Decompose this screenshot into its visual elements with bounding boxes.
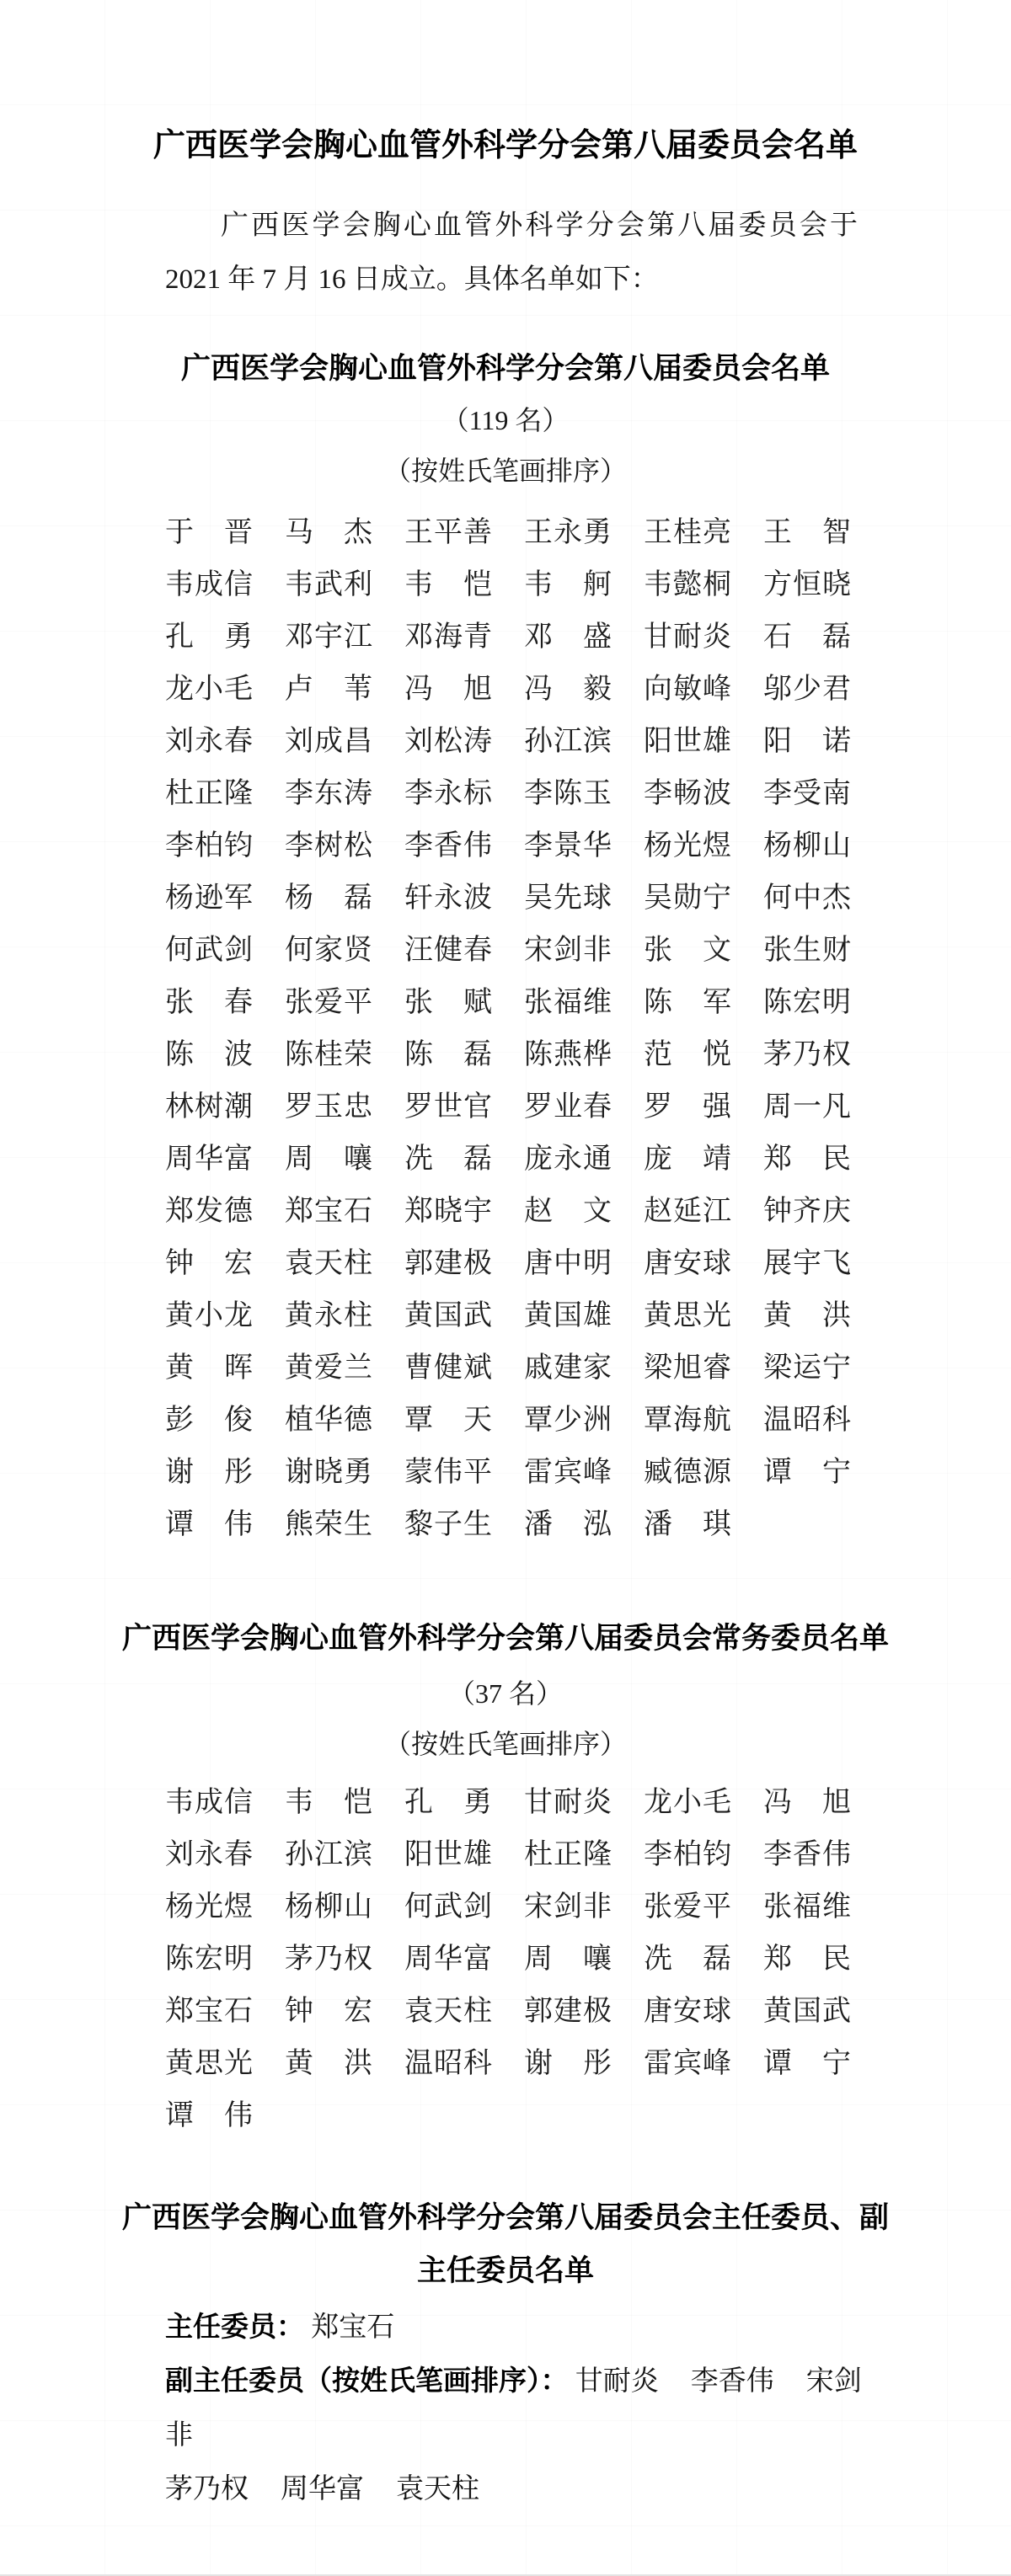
member-name: 张爱平 [285, 986, 372, 1020]
member-name: 马杰 [285, 516, 372, 550]
member-name: 李柏钧 [644, 1838, 731, 1872]
member-row: 孔勇邓宇江邓海青邓盛甘耐炎石磊 [165, 611, 853, 664]
member-name: 杜正隆 [165, 777, 253, 811]
member-name: 陈磊 [404, 1038, 492, 1072]
member-name: 范悦 [644, 1038, 731, 1072]
member-name: 陈燕桦 [524, 1038, 612, 1072]
member-name: 谭宁 [763, 2047, 851, 2081]
member-name: 杨磊 [285, 882, 372, 915]
member-name: 谢晓勇 [285, 1456, 372, 1490]
member-row: 黄晖黄爱兰曹健斌戚建家梁旭睿梁运宁 [165, 1342, 853, 1395]
member-name: 李香伟 [404, 829, 492, 863]
vice-chairmen-line-1: 副主任委员（按姓氏笔画排序）： 甘耐炎李香伟宋剑非 [165, 2355, 868, 2462]
member-row: 林树潮罗玉忠罗世官罗业春罗强周一凡 [165, 1081, 853, 1133]
member-name: 李陈玉 [524, 777, 612, 811]
member-name: 张赋 [404, 986, 492, 1020]
member-name: 郭建极 [404, 1247, 492, 1281]
member-name: 袁天柱 [285, 1247, 372, 1281]
member-name: 吴勋宁 [644, 882, 731, 915]
member-name: 孙江滨 [285, 1838, 372, 1872]
member-name: 黄国武 [763, 1995, 851, 2029]
member-name: 黄思光 [644, 1299, 731, 1333]
member-name: 杨柳山 [763, 829, 851, 863]
member-name: 孔勇 [404, 1786, 492, 1820]
member-row: 杨逊军杨磊轩永波吴先球吴勋宁何中杰 [165, 872, 853, 925]
member-name: 郑宝石 [285, 1195, 372, 1229]
member-name: 郑发德 [165, 1195, 253, 1229]
member-row: 郑宝石钟宏袁天柱郭建极唐安球黄国武 [165, 1986, 853, 2038]
vice-chairman-name: 李香伟 [691, 2366, 774, 2397]
member-name: 阳世雄 [404, 1838, 492, 1872]
member-name: 孙江滨 [524, 725, 612, 759]
member-name: 周嚷 [285, 1143, 372, 1176]
member-name: 刘永春 [165, 1838, 253, 1872]
member-name: 李永标 [404, 777, 492, 811]
member-name: 王平善 [404, 516, 492, 550]
member-name: 冯毅 [524, 673, 612, 707]
member-name: 赵文 [524, 1195, 612, 1229]
member-row: 韦成信韦武利韦恺韦舸韦懿桐方恒晓 [165, 559, 853, 611]
member-name: 张春 [165, 986, 253, 1020]
member-name: 郑晓宇 [404, 1195, 492, 1229]
member-row: 黄小龙黄永柱黄国武黄国雄黄思光黄洪 [165, 1290, 853, 1342]
member-name: 李柏钧 [165, 829, 253, 863]
member-name: 邓盛 [524, 621, 612, 654]
vice-chairmen-line-2: 茅乃权周华富袁天柱 [165, 2462, 868, 2516]
member-name: 唐中明 [524, 1247, 612, 1281]
member-row: 于晋马杰王平善王永勇王桂亮王智 [165, 507, 853, 559]
member-name: 钟宏 [285, 1995, 372, 2029]
member-name: 周华富 [404, 1943, 492, 1976]
member-name: 汪健春 [404, 934, 492, 968]
member-name: 陈宏明 [165, 1943, 253, 1976]
member-name: 韦恺 [285, 1786, 372, 1820]
member-name: 臧德源 [644, 1456, 731, 1490]
member-name: 何家贤 [285, 934, 372, 968]
member-name: 向敏峰 [644, 673, 731, 707]
member-name: 陈宏明 [763, 986, 851, 1020]
member-name: 黎子生 [404, 1508, 492, 1542]
section2-count-note: （37 名） [0, 1674, 1011, 1713]
member-name: 谢彤 [165, 1456, 253, 1490]
member-name: 方恒晓 [763, 568, 851, 602]
member-name: 彭俊 [165, 1404, 253, 1437]
member-name: 韦恺 [404, 568, 492, 602]
intro-paragraph: 广西医学会胸心血管外科学分会第八届委员会于 2021 年 7 月 16 日成立。… [165, 199, 858, 307]
member-name: 谭宁 [763, 1456, 851, 1490]
member-name: 黄思光 [165, 2047, 253, 2081]
section1-count-note: （119 名） [0, 401, 1011, 440]
member-name: 王永勇 [524, 516, 612, 550]
member-name: 冼磊 [404, 1143, 492, 1176]
member-name: 郑民 [763, 1143, 851, 1176]
member-name: 潘泓 [524, 1508, 612, 1542]
member-name: 茅乃权 [763, 1038, 851, 1072]
member-name: 钟齐庆 [763, 1195, 851, 1229]
member-name: 温昭科 [763, 1404, 851, 1437]
member-row: 韦成信韦恺孔勇甘耐炎龙小毛冯旭 [165, 1777, 853, 1829]
member-row: 刘永春刘成昌刘松涛孙江滨阳世雄阳诺 [165, 716, 853, 768]
member-name: 陈桂荣 [285, 1038, 372, 1072]
member-name: 张福维 [524, 986, 612, 1020]
member-name: 黄永柱 [285, 1299, 372, 1333]
member-row: 黄思光黄洪温昭科谢彤雷宾峰谭宁 [165, 2038, 853, 2090]
member-name: 袁天柱 [404, 1995, 492, 2029]
member-name: 黄国武 [404, 1299, 492, 1333]
member-row: 彭俊植华德覃天覃少洲覃海航温昭科 [165, 1395, 853, 1447]
member-name: 周嚷 [524, 1943, 612, 1976]
member-name: 于晋 [165, 516, 253, 550]
member-name: 孔勇 [165, 621, 253, 654]
member-name: 王桂亮 [644, 516, 731, 550]
page-title: 广西医学会胸心血管外科学分会第八届委员会名单 [0, 0, 1011, 165]
standing-committee-name-grid: 韦成信韦恺孔勇甘耐炎龙小毛冯旭刘永春孙江滨阳世雄杜正隆李柏钧李香伟杨光煜杨柳山何… [165, 1777, 853, 2142]
member-name: 雷宾峰 [644, 2047, 731, 2081]
member-name: 石磊 [763, 621, 851, 654]
member-name: 谭伟 [165, 1508, 253, 1542]
full-committee-name-grid: 于晋马杰王平善王永勇王桂亮王智韦成信韦武利韦恺韦舸韦懿桐方恒晓孔勇邓宇江邓海青邓… [165, 507, 853, 1551]
member-row: 陈波陈桂荣陈磊陈燕桦范悦茅乃权 [165, 1029, 853, 1081]
member-name: 轩永波 [404, 882, 492, 915]
member-name: 韦懿桐 [644, 568, 731, 602]
member-name: 宋剑非 [524, 934, 612, 968]
chairman-line: 主任委员： 郑宝石 [165, 2301, 868, 2355]
member-name: 覃少洲 [524, 1404, 612, 1437]
vice-chairman-name: 茅乃权 [165, 2474, 249, 2504]
member-name: 黄洪 [285, 2047, 372, 2081]
member-name: 李畅波 [644, 777, 731, 811]
member-row: 谭伟熊荣生黎子生潘泓潘琪 [165, 1499, 853, 1551]
member-name: 李景华 [524, 829, 612, 863]
section3-heading: 广西医学会胸心血管外科学分会第八届委员会主任委员、副主任委员名单 [118, 2191, 893, 2297]
member-name: 覃天 [404, 1404, 492, 1437]
member-name: 卢苇 [285, 673, 372, 707]
member-name: 赵延江 [644, 1195, 731, 1229]
member-name: 林树潮 [165, 1091, 253, 1124]
member-name: 刘永春 [165, 725, 253, 759]
vice-chairman-name: 袁天柱 [396, 2474, 479, 2504]
member-name: 黄洪 [763, 1299, 851, 1333]
member-name: 陈波 [165, 1038, 253, 1072]
member-name: 邬少君 [763, 673, 851, 707]
member-name: 邓海青 [404, 621, 492, 654]
member-name: 罗强 [644, 1091, 731, 1124]
member-name: 黄小龙 [165, 1299, 253, 1333]
member-row: 杨光煜杨柳山何武剑宋剑非张爱平张福维 [165, 1881, 853, 1933]
member-name: 谢彤 [524, 2047, 612, 2081]
member-row: 张春张爱平张赋张福维陈军陈宏明 [165, 977, 853, 1029]
member-name: 杨光煜 [644, 829, 731, 863]
member-name: 梁旭睿 [644, 1352, 731, 1385]
member-name: 郭建极 [524, 1995, 612, 2029]
member-name: 阳诺 [763, 725, 851, 759]
member-name: 王智 [763, 516, 851, 550]
member-name: 周一凡 [763, 1091, 851, 1124]
member-name: 何武剑 [404, 1891, 492, 1924]
member-name: 李香伟 [763, 1838, 851, 1872]
member-name: 韦舸 [524, 568, 612, 602]
member-name: 谭伟 [165, 2099, 253, 2133]
member-name: 李树松 [285, 829, 372, 863]
member-name: 刘松涛 [404, 725, 492, 759]
member-row: 杜正隆李东涛李永标李陈玉李畅波李受南 [165, 768, 853, 820]
member-name: 宋剑非 [524, 1891, 612, 1924]
member-name: 覃海航 [644, 1404, 731, 1437]
member-name: 罗业春 [524, 1091, 612, 1124]
member-name: 杜正隆 [524, 1838, 612, 1872]
member-name: 黄国雄 [524, 1299, 612, 1333]
member-name: 潘琪 [644, 1508, 731, 1542]
member-row: 龙小毛卢苇冯旭冯毅向敏峰邬少君 [165, 664, 853, 716]
member-name: 杨逊军 [165, 882, 253, 915]
member-name: 李东涛 [285, 777, 372, 811]
section1-heading: 广西医学会胸心血管外科学分会第八届委员会名单 [0, 349, 1011, 389]
member-name: 茅乃权 [285, 1943, 372, 1976]
member-name: 展宇飞 [763, 1247, 851, 1281]
member-name: 黄晖 [165, 1352, 253, 1385]
member-name: 何武剑 [165, 934, 253, 968]
vice-chairmen-label: 副主任委员（按姓氏笔画排序）： [165, 2366, 569, 2397]
member-name: 熊荣生 [285, 1508, 372, 1542]
member-name: 梁运宁 [763, 1352, 851, 1385]
member-name: 张文 [644, 934, 731, 968]
member-name: 何中杰 [763, 882, 851, 915]
member-name: 蒙伟平 [404, 1456, 492, 1490]
member-name: 吴先球 [524, 882, 612, 915]
member-name: 张爱平 [644, 1891, 731, 1924]
member-name: 温昭科 [404, 2047, 492, 2081]
member-name: 唐安球 [644, 1995, 731, 2029]
member-row: 周华富周嚷冼磊庞永通庞靖郑民 [165, 1133, 853, 1186]
member-name: 钟宏 [165, 1247, 253, 1281]
member-row: 陈宏明茅乃权周华富周嚷冼磊郑民 [165, 1933, 853, 1986]
member-name: 唐安球 [644, 1247, 731, 1281]
member-name: 刘成昌 [285, 725, 372, 759]
member-name: 黄爱兰 [285, 1352, 372, 1385]
member-name: 杨柳山 [285, 1891, 372, 1924]
member-row: 谢彤谢晓勇蒙伟平雷宾峰臧德源谭宁 [165, 1447, 853, 1499]
member-name: 韦成信 [165, 1786, 253, 1820]
chairman-name: 郑宝石 [311, 2312, 394, 2343]
member-name: 曹健斌 [404, 1352, 492, 1385]
member-row: 谭伟 [165, 2090, 853, 2142]
member-name: 甘耐炎 [644, 621, 731, 654]
member-row: 钟宏袁天柱郭建极唐中明唐安球展宇飞 [165, 1238, 853, 1290]
member-row: 郑发德郑宝石郑晓宇赵文赵延江钟齐庆 [165, 1186, 853, 1238]
member-name: 庞靖 [644, 1143, 731, 1176]
member-name: 龙小毛 [644, 1786, 731, 1820]
vice-chairman-name: 甘耐炎 [575, 2366, 659, 2397]
member-row: 何武剑何家贤汪健春宋剑非张文张生财 [165, 925, 853, 977]
member-name: 雷宾峰 [524, 1456, 612, 1490]
member-name: 杨光煜 [165, 1891, 253, 1924]
chairman-label: 主任委员： [165, 2312, 304, 2343]
member-name: 阳世雄 [644, 725, 731, 759]
member-name: 郑民 [763, 1943, 851, 1976]
member-name: 庞永通 [524, 1143, 612, 1176]
section2-heading: 广西医学会胸心血管外科学分会第八届委员会常务委员名单 [0, 1619, 1011, 1659]
member-name: 郑宝石 [165, 1995, 253, 2029]
member-row: 刘永春孙江滨阳世雄杜正隆李柏钧李香伟 [165, 1829, 853, 1881]
section2-order-note: （按姓氏笔画排序） [0, 1725, 1011, 1763]
member-name: 戚建家 [524, 1352, 612, 1385]
member-name: 罗玉忠 [285, 1091, 372, 1124]
member-name: 张生财 [763, 934, 851, 968]
member-name: 张福维 [763, 1891, 851, 1924]
member-name: 植华德 [285, 1404, 372, 1437]
member-name: 甘耐炎 [524, 1786, 612, 1820]
member-name: 冼磊 [644, 1943, 731, 1976]
document-page: 广西医学会胸心血管外科学分会第八届委员会名单 广西医学会胸心血管外科学分会第八届… [0, 0, 1011, 2576]
member-name: 陈军 [644, 986, 731, 1020]
member-row: 李柏钧李树松李香伟李景华杨光煜杨柳山 [165, 820, 853, 872]
member-name: 邓宇江 [285, 621, 372, 654]
member-name: 龙小毛 [165, 673, 253, 707]
section1-order-note: （按姓氏笔画排序） [0, 451, 1011, 490]
member-name: 冯旭 [404, 673, 492, 707]
member-name: 冯旭 [763, 1786, 851, 1820]
member-name: 韦武利 [285, 568, 372, 602]
member-name: 周华富 [165, 1143, 253, 1176]
member-name: 李受南 [763, 777, 851, 811]
vice-chairman-name: 周华富 [281, 2474, 364, 2504]
member-name: 韦成信 [165, 568, 253, 602]
member-name: 罗世官 [404, 1091, 492, 1124]
leaders-block: 主任委员： 郑宝石 副主任委员（按姓氏笔画排序）： 甘耐炎李香伟宋剑非 茅乃权周… [165, 2301, 868, 2516]
